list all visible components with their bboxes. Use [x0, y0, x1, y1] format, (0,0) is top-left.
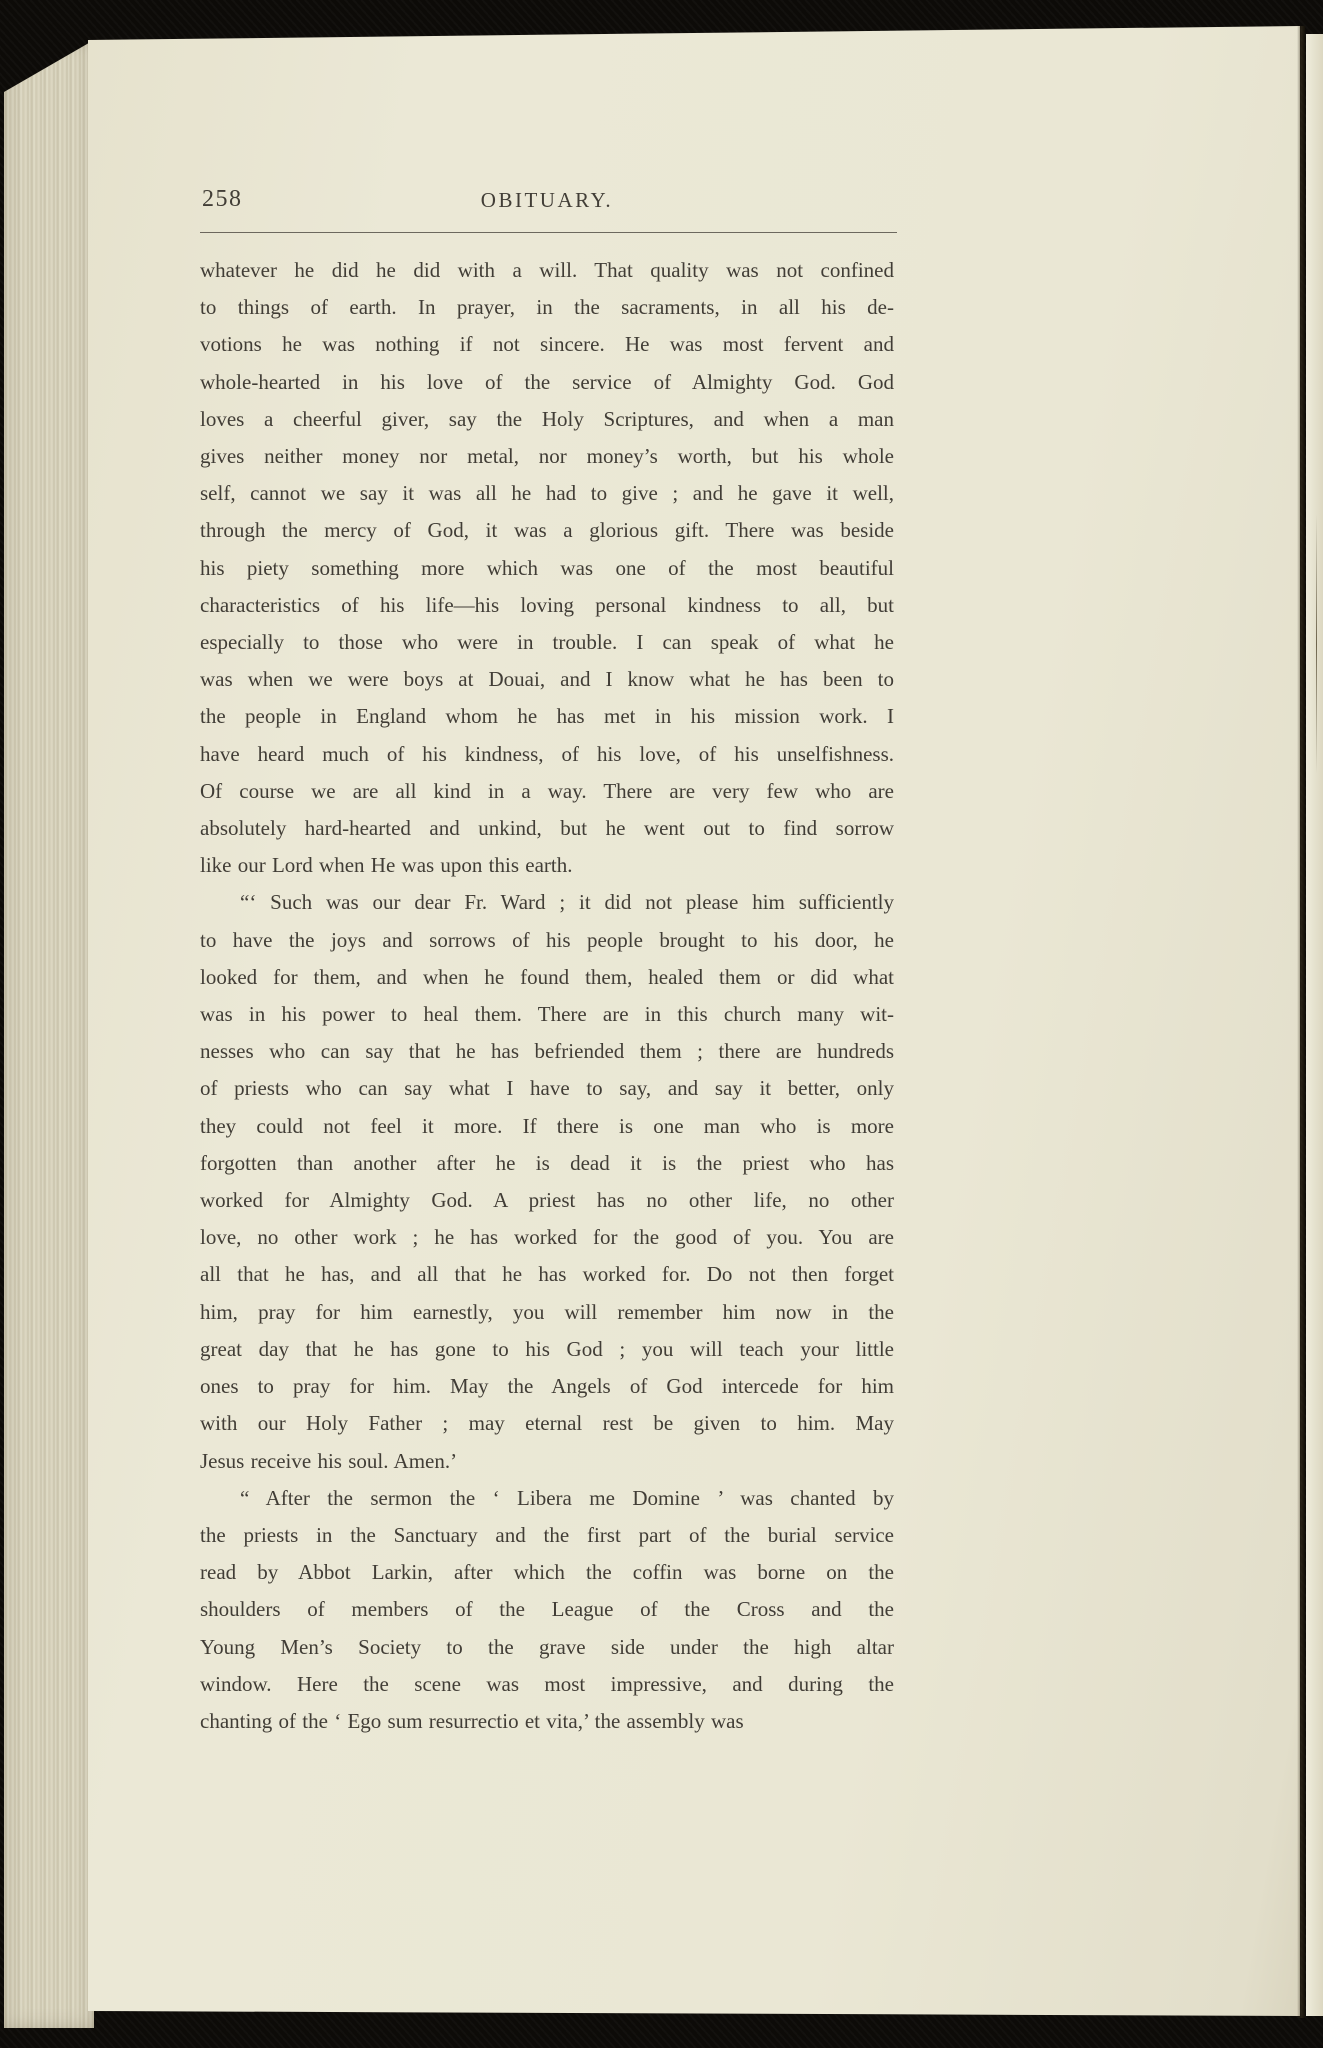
text-line: nesses who can say that he has befriende… — [200, 1033, 894, 1070]
binding-crease-shadow — [1297, 26, 1305, 2018]
text-line: votions he was nothing if not sincere. H… — [200, 326, 894, 363]
text-line: Jesus receive his soul. Amen.’ — [200, 1443, 894, 1480]
text-line: with our Holy Father ; may eternal rest … — [200, 1405, 894, 1442]
text-line: was when we were boys at Douai, and I kn… — [200, 661, 894, 698]
text-line: window. Here the scene was most impressi… — [200, 1666, 894, 1703]
text-line: have heard much of his kindness, of his … — [200, 736, 894, 773]
scanned-book-page: 258 OBITUARY. whatever he did he did wit… — [88, 26, 1300, 2016]
text-line: they could not feel it more. If there is… — [200, 1108, 894, 1145]
running-head: OBITUARY. — [200, 188, 894, 213]
text-line: great day that he has gone to his God ; … — [200, 1331, 894, 1368]
text-line: absolutely hard-hearted and unkind, but … — [200, 810, 894, 847]
text-line: chanting of the ‘ Ego sum resurrectio et… — [200, 1703, 894, 1740]
page-header: 258 OBITUARY. — [200, 186, 894, 226]
text-line: his piety something more which was one o… — [200, 550, 894, 587]
text-line: forgotten than another after he is dead … — [200, 1145, 894, 1182]
text-line: of priests who can say what I have to sa… — [200, 1070, 894, 1107]
paragraph: “ After the sermon the ‘ Libera me Domin… — [200, 1480, 894, 1740]
text-line: to things of earth. In prayer, in the sa… — [200, 289, 894, 326]
text-line: love, no other work ; he has worked for … — [200, 1219, 894, 1256]
text-line: whole-hearted in his love of the service… — [200, 364, 894, 401]
text-line: like our Lord when He was upon this eart… — [200, 847, 894, 884]
text-line: all that he has, and all that he has wor… — [200, 1256, 894, 1293]
text-line: loves a cheerful giver, say the Holy Scr… — [200, 401, 894, 438]
text-line: the people in England whom he has met in… — [200, 698, 894, 735]
text-line: gives neither money nor metal, nor money… — [200, 438, 894, 475]
text-line: through the mercy of God, it was a glori… — [200, 512, 894, 549]
text-line: him, pray for him earnestly, you will re… — [200, 1294, 894, 1331]
body-text: whatever he did he did with a will. That… — [200, 252, 894, 1740]
text-line: looked for them, and when he found them,… — [200, 959, 894, 996]
text-line: Young Men’s Society to the grave side un… — [200, 1629, 894, 1666]
text-line: “‘ Such was our dear Fr. Ward ; it did n… — [200, 884, 894, 921]
header-rule — [200, 232, 897, 233]
paragraph: “‘ Such was our dear Fr. Ward ; it did n… — [200, 884, 894, 1479]
text-line: Of course we are all kind in a way. Ther… — [200, 773, 894, 810]
text-line: the priests in the Sanctuary and the fir… — [200, 1517, 894, 1554]
next-page-sliver — [1306, 34, 1323, 2016]
book-page-edges — [4, 40, 94, 2028]
text-line: worked for Almighty God. A priest has no… — [200, 1182, 894, 1219]
text-line: read by Abbot Larkin, after which the co… — [200, 1554, 894, 1591]
text-line: characteristics of his life—his loving p… — [200, 587, 894, 624]
text-line: especially to those who were in trouble.… — [200, 624, 894, 661]
text-line: to have the joys and sorrows of his peop… — [200, 922, 894, 959]
text-line: self, cannot we say it was all he had to… — [200, 475, 894, 512]
text-line: ones to pray for him. May the Angels of … — [200, 1368, 894, 1405]
text-line: “ After the sermon the ‘ Libera me Domin… — [200, 1480, 894, 1517]
text-line: whatever he did he did with a will. That… — [200, 252, 894, 289]
text-line: was in his power to heal them. There are… — [200, 996, 894, 1033]
text-line: shoulders of members of the League of th… — [200, 1591, 894, 1628]
page-edge-crack — [1316, 514, 1317, 774]
paragraph: whatever he did he did with a will. That… — [200, 252, 894, 884]
